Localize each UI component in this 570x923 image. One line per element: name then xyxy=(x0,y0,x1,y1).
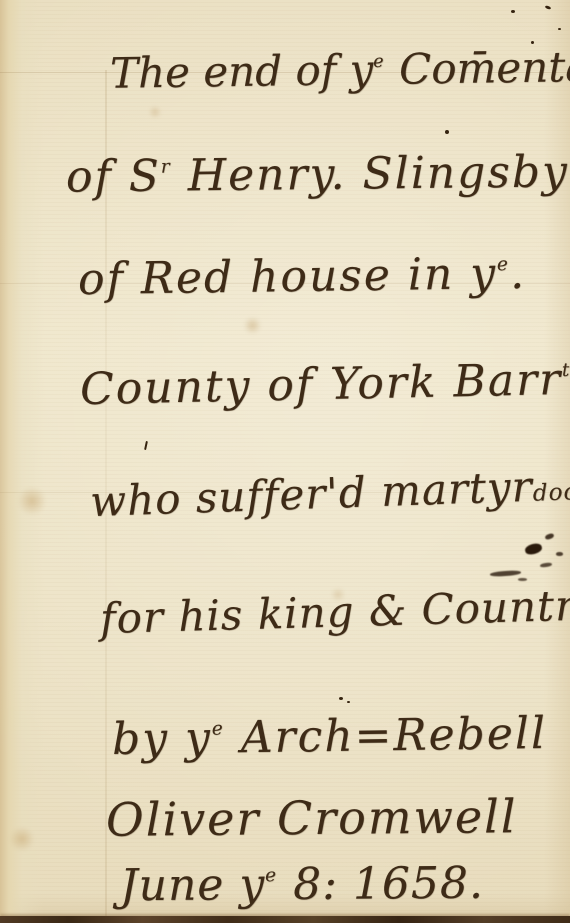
superscript-e: e xyxy=(497,255,508,276)
manuscript-line-3: of Red house in ye. xyxy=(78,250,527,305)
foxing-spot xyxy=(148,106,162,118)
superscript-e: e xyxy=(212,719,223,740)
line-text: of S xyxy=(66,151,161,203)
ink-speck xyxy=(445,130,449,134)
ink-speck xyxy=(545,5,552,10)
superscript-e: e xyxy=(265,866,276,887)
ink-speck xyxy=(558,28,561,30)
ink-smudge xyxy=(556,552,563,556)
manuscript-line-2: of Sr Henry. Slingsby xyxy=(66,148,569,202)
manuscript-line-8: Oliver Cromwell xyxy=(106,791,518,845)
bottom-page-edge xyxy=(0,916,570,923)
ink-smudge xyxy=(490,570,521,577)
manuscript-line-9: June ye 8: 1658. xyxy=(120,860,484,911)
line-text: County of York Barr xyxy=(80,354,563,415)
manuscript-line-4: County of York Barrt xyxy=(80,356,570,415)
line-text: of Red house in y xyxy=(78,248,498,305)
line-text: for his king & Country, xyxy=(99,580,570,643)
line-text: by y xyxy=(112,713,213,765)
line-text: 8: 1658. xyxy=(278,858,484,910)
manuscript-line-5: who suffer'd martyrdoome xyxy=(89,461,570,526)
ink-smudge xyxy=(524,542,543,556)
line-text: The end of y xyxy=(110,45,374,98)
superscript-t: t xyxy=(562,360,570,381)
line-text: June y xyxy=(120,859,266,911)
line-text: Oliver Cromwell xyxy=(106,789,518,847)
ink-speck xyxy=(144,441,148,450)
manuscript-page: The end of ye Com̄entaris of Sr Henry. S… xyxy=(0,0,570,923)
ink-smudge xyxy=(540,562,552,568)
line-text: Com̄entaris xyxy=(385,41,570,94)
ink-speck xyxy=(511,10,515,13)
line-text-small: doome xyxy=(532,478,570,507)
line-text: Henry. Slingsby xyxy=(171,146,569,201)
line-text: . xyxy=(510,248,527,299)
superscript-r: r xyxy=(161,157,170,178)
ink-speck xyxy=(347,701,350,703)
foxing-spot xyxy=(243,317,262,334)
line-text: Arch=Rebell xyxy=(224,708,547,763)
superscript-e: e xyxy=(373,52,384,72)
line-text: who suffer'd martyr xyxy=(89,462,533,526)
ink-smudge xyxy=(518,578,527,581)
ink-speck xyxy=(339,697,343,700)
manuscript-line-1: The end of ye Com̄entaris xyxy=(110,43,570,97)
ink-speck xyxy=(531,41,534,44)
foxing-spot xyxy=(18,486,46,516)
manuscript-line-7: by ye Arch=Rebell xyxy=(112,710,548,764)
foxing-spot xyxy=(10,826,34,852)
manuscript-line-6: for his king & Country, xyxy=(99,582,570,642)
ink-smudge xyxy=(544,533,554,541)
